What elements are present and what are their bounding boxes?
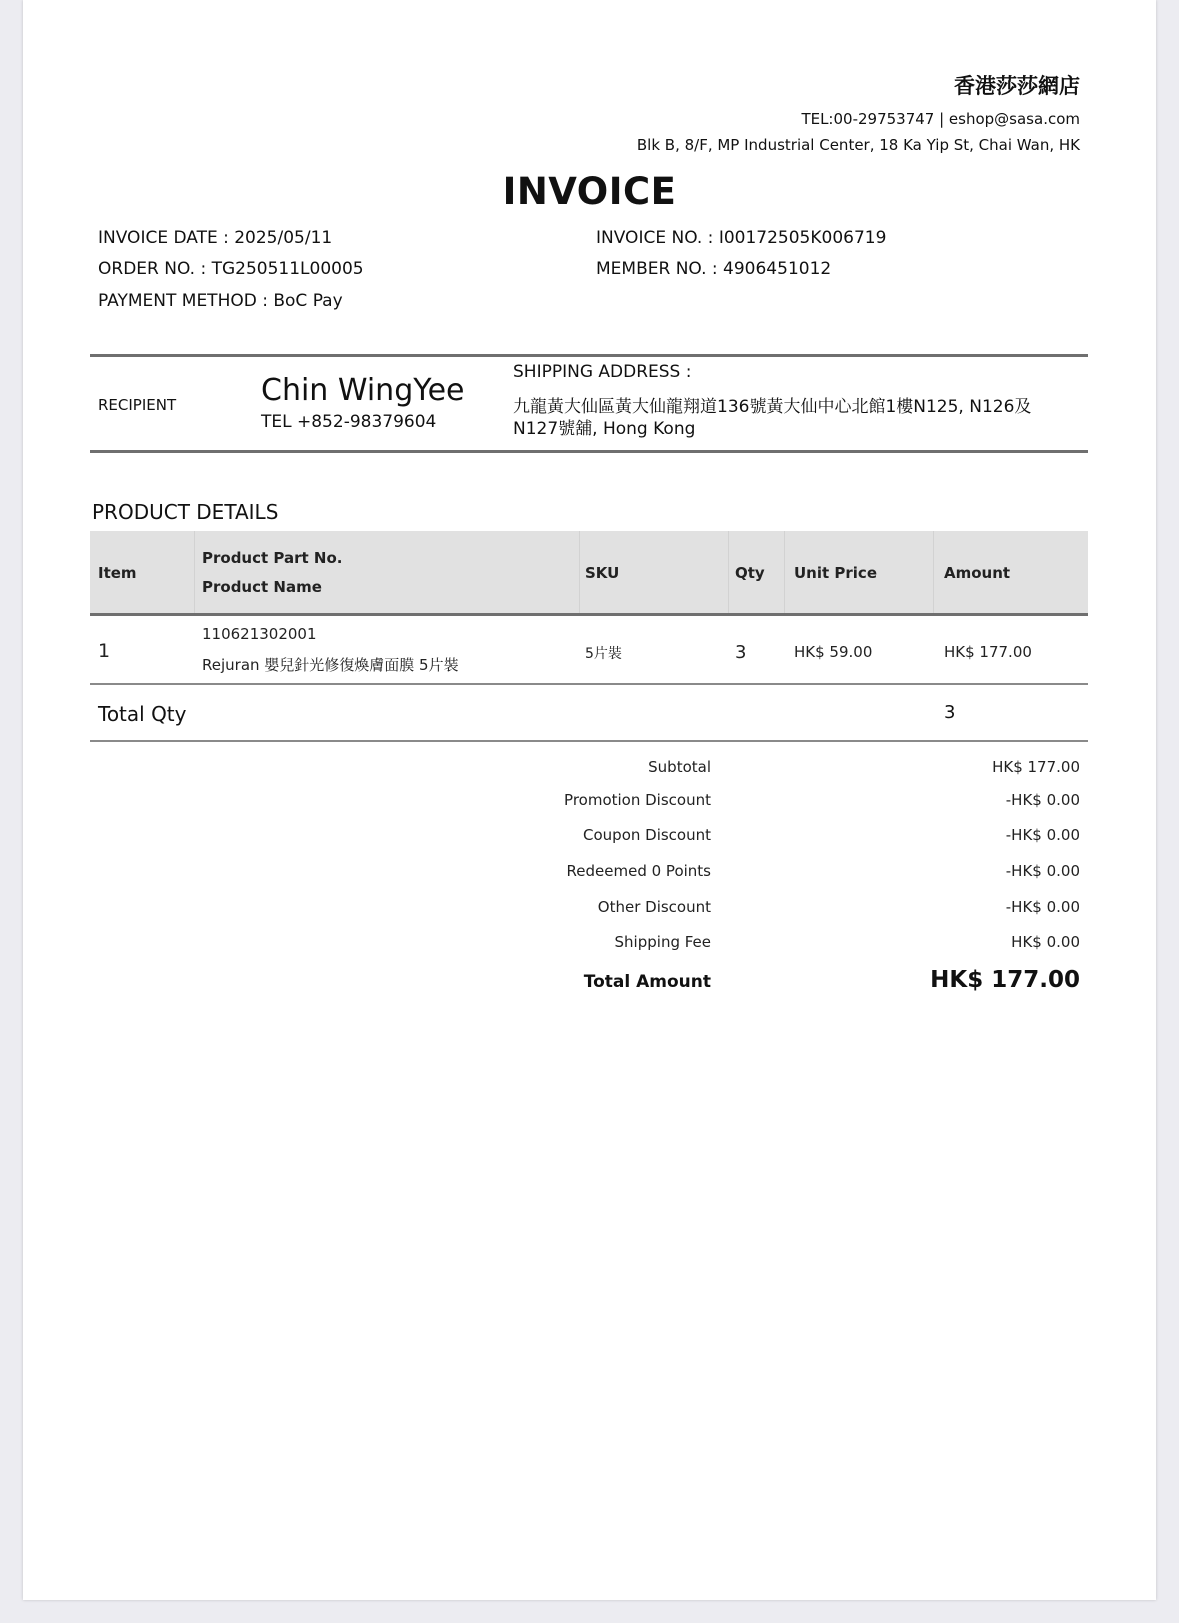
summary-label: Shipping Fee bbox=[615, 933, 711, 951]
shop-address: Blk B, 8/F, MP Industrial Center, 18 Ka … bbox=[637, 136, 1080, 154]
header-amount: Amount bbox=[944, 564, 1010, 582]
payment-method: PAYMENT METHOD : BoC Pay bbox=[98, 291, 343, 311]
summary-label: Redeemed 0 Points bbox=[567, 862, 711, 880]
summary-label: Promotion Discount bbox=[564, 791, 711, 809]
invoice-number: INVOICE NO. : I00172505K006719 bbox=[596, 228, 886, 248]
total-amount-value: HK$ 177.00 bbox=[930, 967, 1080, 993]
header-sku: SKU bbox=[585, 564, 619, 582]
header-qty: Qty bbox=[735, 564, 765, 582]
divider-row-bottom bbox=[90, 683, 1088, 685]
cell-unit-price: HK$ 59.00 bbox=[794, 643, 872, 661]
cell-product-name: Rejuran 嬰兒針光修復煥膚面膜 5片裝 bbox=[202, 654, 459, 675]
cell-item: 1 bbox=[98, 640, 110, 662]
shop-name: 香港莎莎網店 bbox=[954, 70, 1080, 100]
recipient-tel: TEL +852-98379604 bbox=[261, 412, 436, 432]
recipient-label: RECIPIENT bbox=[98, 396, 176, 414]
total-qty-value: 3 bbox=[944, 702, 955, 723]
summary-value: -HK$ 0.00 bbox=[1006, 791, 1080, 809]
cell-part-no: 110621302001 bbox=[202, 625, 317, 643]
divider-header-bottom bbox=[90, 613, 1088, 616]
cell-amount: HK$ 177.00 bbox=[944, 643, 1032, 661]
invoice-page: 香港莎莎網店 TEL:00-29753747 | eshop@sasa.com … bbox=[23, 0, 1156, 1600]
product-details-title: PRODUCT DETAILS bbox=[92, 500, 278, 524]
divider-top bbox=[90, 354, 1088, 357]
summary-value: HK$ 0.00 bbox=[1011, 933, 1080, 951]
column-divider bbox=[728, 531, 729, 614]
shipping-address-label: SHIPPING ADDRESS : bbox=[513, 362, 691, 382]
shipping-address: 九龍黃大仙區黃大仙龍翔道136號黃大仙中心北館1樓N125, N126及N127… bbox=[513, 396, 1073, 440]
summary-value: -HK$ 0.00 bbox=[1006, 862, 1080, 880]
column-divider bbox=[933, 531, 934, 614]
shop-contact: TEL:00-29753747 | eshop@sasa.com bbox=[801, 110, 1080, 128]
divider-total-qty-bottom bbox=[90, 740, 1088, 742]
cell-sku: 5片裝 bbox=[585, 643, 622, 663]
header-product-name: Product Name bbox=[202, 578, 322, 596]
header-item: Item bbox=[98, 564, 137, 582]
summary-label: Coupon Discount bbox=[583, 826, 711, 844]
invoice-date: INVOICE DATE : 2025/05/11 bbox=[98, 228, 332, 248]
summary-label: Other Discount bbox=[598, 898, 711, 916]
header-part-no: Product Part No. bbox=[202, 549, 342, 567]
column-divider bbox=[579, 531, 580, 614]
recipient-name: Chin WingYee bbox=[261, 373, 465, 408]
summary-label: Subtotal bbox=[648, 758, 711, 776]
divider-recipient-bottom bbox=[90, 450, 1088, 453]
total-qty-label: Total Qty bbox=[98, 702, 187, 726]
summary-value: HK$ 177.00 bbox=[992, 758, 1080, 776]
member-number: MEMBER NO. : 4906451012 bbox=[596, 259, 831, 279]
total-amount-label: Total Amount bbox=[584, 972, 711, 992]
invoice-title: INVOICE bbox=[23, 170, 1156, 213]
column-divider bbox=[194, 531, 195, 614]
header-unit-price: Unit Price bbox=[794, 564, 877, 582]
summary-value: -HK$ 0.00 bbox=[1006, 826, 1080, 844]
column-divider bbox=[784, 531, 785, 614]
cell-qty: 3 bbox=[735, 642, 746, 663]
order-number: ORDER NO. : TG250511L00005 bbox=[98, 259, 364, 279]
summary-value: -HK$ 0.00 bbox=[1006, 898, 1080, 916]
